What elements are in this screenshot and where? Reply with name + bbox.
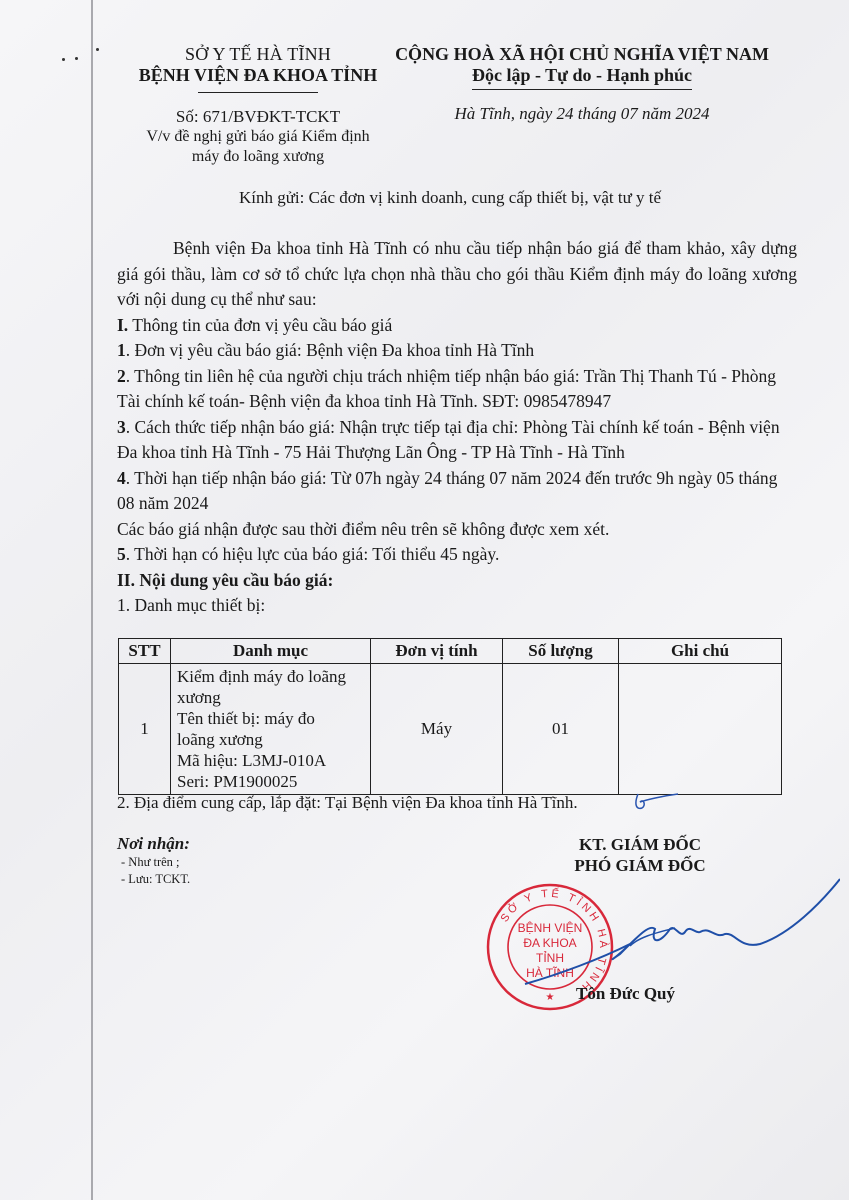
place-date: Hà Tĩnh, ngày 24 tháng 07 năm 2024 (362, 104, 802, 124)
section-1-item-5: 5. Thời hạn có hiệu lực của báo giá: Tối… (117, 542, 797, 568)
desc-line: Mã hiệu: L3MJ-010A (177, 750, 364, 771)
desc-line: loãng xương (177, 729, 364, 750)
delivery-location: 2. Địa điểm cung cấp, lắp đặt: Tại Bệnh … (117, 793, 578, 813)
document-body: Bệnh viện Đa khoa tỉnh Hà Tĩnh có nhu cầ… (117, 236, 797, 619)
item-text: . Đơn vị yêu cầu báo giá: Bệnh viện Đa k… (126, 340, 534, 360)
cell-stt: 1 (119, 664, 171, 795)
column-header-stt: STT (119, 639, 171, 664)
scan-speck (62, 58, 65, 61)
column-header-note: Ghi chú (619, 639, 782, 664)
section-1-item-1: 1. Đơn vị yêu cầu báo giá: Bệnh viện Đa … (117, 338, 797, 364)
desc-line: Kiểm định máy đo loãng (177, 666, 364, 687)
item-number: 3 (117, 417, 126, 437)
recipient-item: - Lưu: TCKT. (121, 871, 190, 888)
subject-line-2: máy đo loãng xương (108, 147, 408, 167)
item-text: . Thời hạn tiếp nhận báo giá: Từ 07h ngà… (117, 468, 777, 514)
item-number: 2 (117, 366, 126, 386)
cell-description: Kiểm định máy đo loãng xương Tên thiết b… (171, 664, 371, 795)
scan-speck (96, 48, 99, 51)
equipment-table: STT Danh mục Đơn vị tính Số lượng Ghi ch… (118, 638, 782, 795)
signer-name: Tôn Đức Quý (576, 984, 675, 1004)
recipients-title: Nơi nhận: (117, 834, 190, 854)
equipment-list-label: 1. Danh mục thiết bị: (117, 593, 797, 619)
item-text: . Cách thức tiếp nhận báo giá: Nhận trực… (117, 417, 780, 463)
item-number: 1 (117, 340, 126, 360)
desc-line: Tên thiết bị: máy đo (177, 708, 364, 729)
item-text: . Thời hạn có hiệu lực của báo giá: Tối … (126, 544, 500, 564)
section-1-heading: I. Thông tin của đơn vị yêu cầu báo giá (117, 313, 797, 339)
recipient-item: - Như trên ; (121, 854, 190, 871)
desc-line: Seri: PM1900025 (177, 771, 364, 792)
header-divider (198, 92, 318, 93)
handwritten-signature-icon (520, 854, 840, 1014)
section-1-item-2: 2. Thông tin liên hệ của người chịu trác… (117, 364, 797, 415)
nation-title: CỘNG HOÀ XÃ HỘI CHỦ NGHĨA VIỆT NAM (362, 44, 802, 65)
column-header-quantity: Số lượng (503, 639, 619, 664)
column-header-category: Danh mục (171, 639, 371, 664)
section-2-heading: II. Nội dung yêu cầu báo giá: (117, 568, 797, 594)
intro-paragraph: Bệnh viện Đa khoa tỉnh Hà Tĩnh có nhu cầ… (117, 236, 797, 313)
subject-line-1: V/v đề nghị gửi báo giá Kiểm định (108, 127, 408, 147)
cell-quantity: 01 (503, 664, 619, 795)
item-text: . Thông tin liên hệ của người chịu trách… (117, 366, 776, 412)
scan-fold-line (91, 0, 93, 1200)
item-number: 4 (117, 468, 126, 488)
section-1-item-4: 4. Thời hạn tiếp nhận báo giá: Từ 07h ng… (117, 466, 797, 517)
table-header-row: STT Danh mục Đơn vị tính Số lượng Ghi ch… (119, 639, 782, 664)
cell-unit: Máy (371, 664, 503, 795)
item-number: 5 (117, 544, 126, 564)
section-title: II. Nội dung yêu cầu báo giá: (117, 570, 333, 590)
section-number: I. (117, 315, 128, 335)
greeting: Kính gửi: Các đơn vị kinh doanh, cung cấ… (100, 188, 800, 208)
recipients-block: Nơi nhận: - Như trên ; - Lưu: TCKT. (117, 834, 190, 888)
national-header: CỘNG HOÀ XÃ HỘI CHỦ NGHĨA VIỆT NAM Độc l… (362, 44, 802, 124)
column-header-unit: Đơn vị tính (371, 639, 503, 664)
section-1-item-3: 3. Cách thức tiếp nhận báo giá: Nhận trự… (117, 415, 797, 466)
scan-speck (75, 57, 78, 60)
late-quote-note: Các báo giá nhận được sau thời điểm nêu … (117, 517, 797, 543)
signature-block: KT. GIÁM ĐỐC PHÓ GIÁM ĐỐC SỞ Y TẾ TỈNH H… (480, 834, 820, 876)
signer-title-1: KT. GIÁM ĐỐC (480, 834, 800, 855)
initial-mark-icon (632, 790, 682, 816)
cell-note (619, 664, 782, 795)
desc-line: xương (177, 687, 364, 708)
national-motto: Độc lập - Tự do - Hạnh phúc (472, 65, 692, 90)
section-title: Thông tin của đơn vị yêu cầu báo giá (128, 315, 392, 335)
table-row: 1 Kiểm định máy đo loãng xương Tên thiết… (119, 664, 782, 795)
